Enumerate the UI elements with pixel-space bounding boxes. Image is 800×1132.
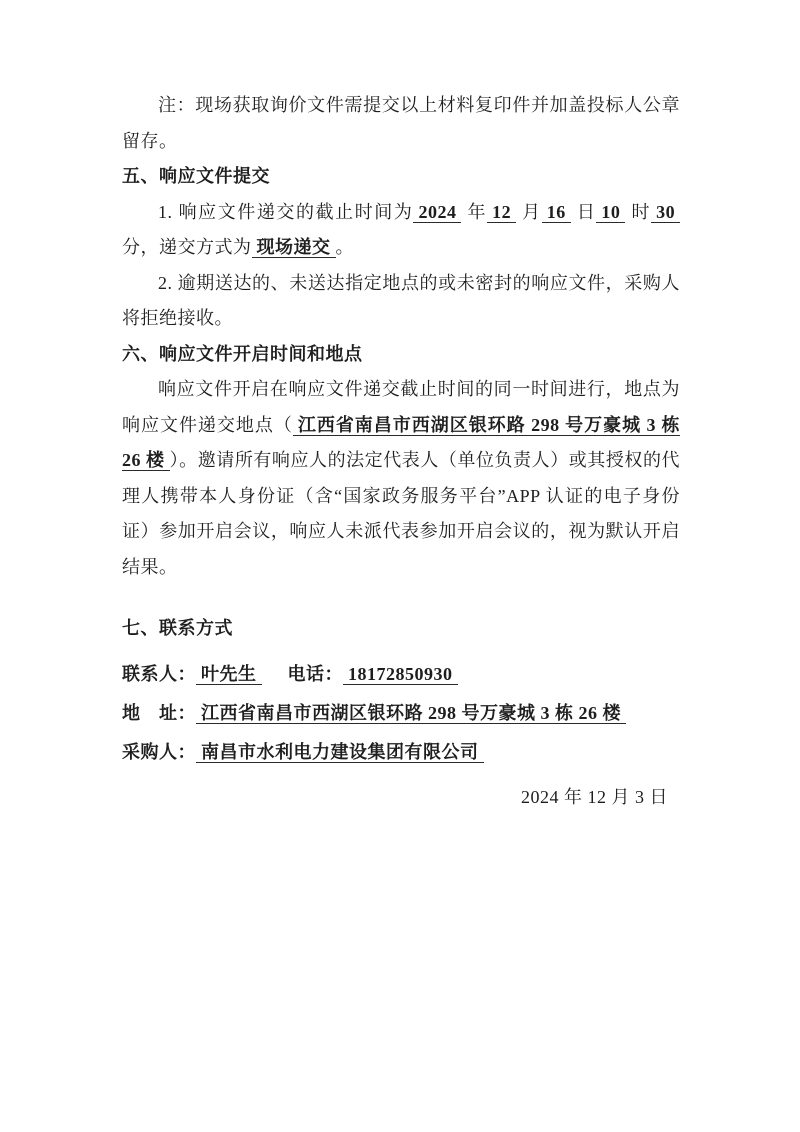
address-line: 地 址：江西省南昌市西湖区银环路 298 号万豪城 3 栋 26 楼 xyxy=(122,694,680,733)
phone-label: 电话： xyxy=(288,664,344,684)
purchaser-label: 采购人： xyxy=(122,742,196,762)
note-paragraph: 注：现场获取询价文件需提交以上材料复印件并加盖投标人公章留存。 xyxy=(122,88,680,159)
contact-person-label: 联系人： xyxy=(122,664,196,684)
address-value: 江西省南昌市西湖区银环路 298 号万豪城 3 栋 26 楼 xyxy=(196,703,626,724)
section7-heading: 七、联系方式 xyxy=(122,611,680,647)
deadline-month-label: 月 xyxy=(522,202,542,222)
contact-person-line: 联系人：叶先生电话：18172850930 xyxy=(122,655,680,694)
note-text: 注：现场获取询价文件需提交以上材料复印件并加盖投标人公章留存。 xyxy=(122,95,680,151)
deadline-prefix: 1. 响应文件递交的截止时间为 xyxy=(158,202,413,222)
section5-paragraph-late: 2. 逾期送达的、未送达指定地点的或未密封的响应文件，采购人将拒绝接收。 xyxy=(122,266,680,337)
late-submission-text: 2. 逾期送达的、未送达指定地点的或未密封的响应文件，采购人将拒绝接收。 xyxy=(122,273,680,329)
section5-heading: 五、响应文件提交 xyxy=(122,159,680,195)
document-date: 2024 年 12 月 3 日 xyxy=(122,780,680,816)
deadline-month-value: 12 xyxy=(487,202,516,223)
deadline-day-value: 16 xyxy=(542,202,571,223)
delivery-method-label: 分，递交方式为 xyxy=(122,237,252,257)
section6-paragraph-opening: 响应文件开启在响应文件递交截止时间的同一时间进行，地点为响应文件递交地点（江西省… xyxy=(122,372,680,585)
delivery-method-value: 现场递交 xyxy=(252,237,336,258)
opening-text-part2: ）。邀请所有响应人的法定代表人（单位负责人）或其授权的代理人携带本人身份证（含“… xyxy=(122,450,680,577)
deadline-suffix: 。 xyxy=(336,237,355,257)
purchaser-line: 采购人：南昌市水利电力建设集团有限公司 xyxy=(122,733,680,772)
section6-heading: 六、响应文件开启时间和地点 xyxy=(122,337,680,373)
document-content: 注：现场获取询价文件需提交以上材料复印件并加盖投标人公章留存。 五、响应文件提交… xyxy=(122,88,680,815)
document-page: 注：现场获取询价文件需提交以上材料复印件并加盖投标人公章留存。 五、响应文件提交… xyxy=(0,0,800,1132)
deadline-day-label: 日 xyxy=(577,202,597,222)
deadline-year-label: 年 xyxy=(468,202,488,222)
phone-value: 18172850930 xyxy=(343,664,458,685)
deadline-hour-label: 时 xyxy=(631,202,651,222)
deadline-minute-value: 30 xyxy=(651,202,680,223)
section5-paragraph-deadline: 1. 响应文件递交的截止时间为2024 年12 月16 日10 时30分，递交方… xyxy=(122,195,680,266)
purchaser-value: 南昌市水利电力建设集团有限公司 xyxy=(196,742,484,763)
address-label: 地 址： xyxy=(122,703,196,723)
deadline-hour-value: 10 xyxy=(596,202,625,223)
deadline-year-value: 2024 xyxy=(413,202,461,223)
contact-person-value: 叶先生 xyxy=(196,664,262,685)
